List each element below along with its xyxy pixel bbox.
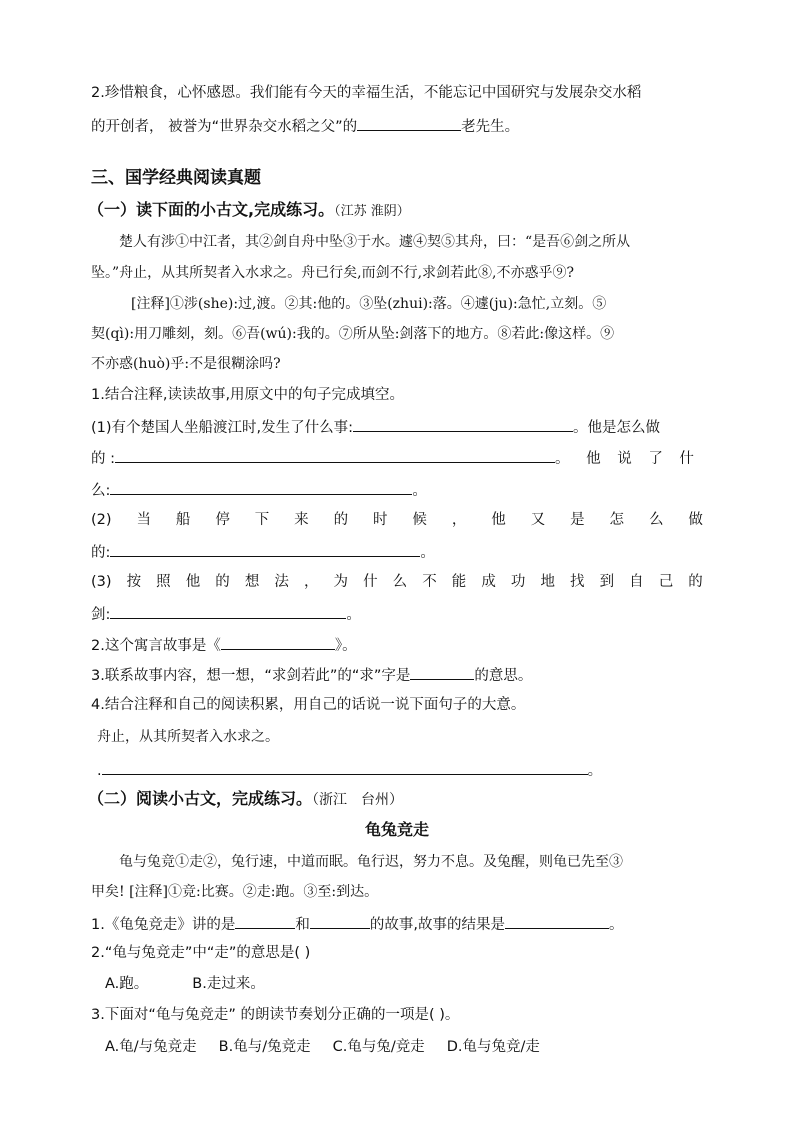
part2-passage-line2: 甲矣! [注释]①竞:比赛。②走:跑。③至:到达。 bbox=[91, 882, 378, 902]
answer-blank[interactable] bbox=[221, 634, 335, 650]
part1-question-1-3-line2: 剑:。 bbox=[91, 603, 361, 625]
part1-question-1-1-line2: 的 :。 他 说 了 什 bbox=[91, 447, 700, 469]
q1-1-suffix: 。他是怎么做 bbox=[573, 420, 660, 436]
q1-2-l2-suffix: 。 bbox=[420, 545, 435, 561]
section-title: 三、国学经典阅读真题 bbox=[91, 168, 261, 188]
char: 的 bbox=[688, 572, 703, 592]
char: 地 bbox=[540, 572, 555, 592]
char: 什 bbox=[363, 572, 378, 592]
char: 怎 bbox=[610, 510, 625, 530]
char: 候 bbox=[412, 510, 427, 530]
answer-blank[interactable] bbox=[102, 759, 588, 775]
part1-question-4-sentence: 舟止，从其所契者入水求之。 bbox=[97, 727, 279, 747]
p2-q1-suffix: 。 bbox=[609, 917, 624, 933]
char: 时 bbox=[373, 510, 388, 530]
passage-line2: 坠。”舟止，从其所契者入水求之。舟已行矣,而剑不行,求剑若此⑧,不亦惑乎⑨? bbox=[91, 263, 574, 283]
char: 能 bbox=[452, 572, 467, 592]
question-2-text: 的开创者， 被誉为“世界杂交水稻之父”的 bbox=[91, 119, 357, 135]
part2-question-3: 3.下面对“龟与兔竞走” 的朗读节奏划分正确的一项是( )。 bbox=[91, 1005, 459, 1025]
question-2-line2: 的开创者， 被誉为“世界杂交水稻之父”的老先生。 bbox=[91, 115, 519, 137]
q4-answer-suffix: 。 bbox=[588, 763, 603, 779]
char: 他 bbox=[186, 572, 201, 592]
char: 他 bbox=[491, 510, 506, 530]
q1-1-l2-suffix: 。 他 说 了 什 bbox=[555, 451, 700, 467]
q1-1-l3-suffix: 。 bbox=[412, 483, 427, 499]
answer-blank[interactable] bbox=[310, 913, 370, 929]
char: 又 bbox=[531, 510, 546, 530]
part2-passage-line1: 龟与兔竞①走②，兔行速，中道而眠。龟行迟，努力不息。及兔醒，则龟已先至③ bbox=[119, 852, 623, 872]
part1-question-4-answer: .。 bbox=[97, 759, 602, 781]
part2-title: 龟兔竞走 bbox=[0, 820, 794, 840]
notes-line1: [注释]①涉(she):过,渡。②其:他的。③坠(zhui):落。④遽(ju):… bbox=[131, 294, 606, 314]
q3-text: 3.联系故事内容，想一想，“求剑若此”的“求”字是 bbox=[91, 668, 410, 684]
question-2-suffix: 老先生。 bbox=[461, 119, 519, 135]
q2-text: 2.这个寓言故事是《 bbox=[91, 638, 221, 654]
p2-q1-and: 和 bbox=[295, 917, 310, 933]
passage-line1: 楚人有涉①中江者，其②剑自舟中坠③于水。遽④契⑤其舟，曰：“是吾⑥剑之所从 bbox=[119, 232, 630, 252]
part2-question-2-options: A.跑。B.走过来。 bbox=[105, 974, 265, 994]
p2-q1-text: 1.《龟兔竞走》讲的是 bbox=[91, 917, 235, 933]
part1-question-1-2-line2: 的:。 bbox=[91, 541, 435, 563]
char: 为 bbox=[334, 572, 349, 592]
q3-suffix: 的意思。 bbox=[474, 668, 532, 684]
option-c[interactable]: C.龟与兔/竞走 bbox=[333, 1039, 425, 1055]
char: 功 bbox=[511, 572, 526, 592]
part1-heading: （一）读下面的小古文,完成练习。（江苏 淮阴） bbox=[88, 200, 410, 222]
char: 成 bbox=[481, 572, 496, 592]
char: 己 bbox=[659, 572, 674, 592]
part1-heading-text: （一）读下面的小古文,完成练习。 bbox=[88, 200, 334, 219]
char: 到 bbox=[600, 572, 615, 592]
answer-blank[interactable] bbox=[357, 115, 461, 131]
answer-blank[interactable] bbox=[410, 664, 474, 680]
char: 是 bbox=[570, 510, 585, 530]
char: 的 bbox=[334, 510, 349, 530]
answer-blank[interactable] bbox=[110, 479, 412, 495]
notes-line2: 契(qì):用刀雕刻，刻。⑥吾(wú):我的。⑦所从坠:剑落下的地方。⑧若此:像… bbox=[91, 324, 614, 344]
char: 照 bbox=[156, 572, 171, 592]
char: 按 bbox=[127, 572, 142, 592]
part1-question-4: 4.结合注释和自己的阅读积累，用自己的话说一说下面句子的大意。 bbox=[91, 695, 525, 715]
char: 做 bbox=[688, 510, 703, 530]
q1-1-l3-text: 么: bbox=[91, 483, 110, 499]
part1-question-1: 1.结合注释,读读故事,用原文中的句子完成填空。 bbox=[91, 385, 404, 405]
answer-blank[interactable] bbox=[353, 416, 573, 432]
char: 当 bbox=[136, 510, 151, 530]
char: 不 bbox=[422, 572, 437, 592]
char: 么 bbox=[393, 572, 408, 592]
answer-blank[interactable] bbox=[110, 541, 420, 557]
char: 来 bbox=[294, 510, 309, 530]
answer-blank[interactable] bbox=[110, 603, 346, 619]
answer-blank[interactable] bbox=[115, 447, 555, 463]
part1-question-1-1: (1)有个楚国人坐船渡江时,发生了什么事:。他是怎么做 bbox=[91, 416, 660, 438]
part1-question-1-1-line3: 么:。 bbox=[91, 479, 427, 501]
part1-question-3: 3.联系故事内容，想一想，“求剑若此”的“求”字是的意思。 bbox=[91, 664, 532, 686]
q1-2-l2-text: 的: bbox=[91, 545, 110, 561]
part2-question-3-options: A.龟/与兔竞走B.龟与/兔竞走C.龟与兔/竞走D.龟与兔竞/走 bbox=[105, 1037, 540, 1057]
question-2-line1: 2.珍惜粮食，心怀感恩。我们能有今天的幸福生活，不能忘记中国研究与发展杂交水稻 bbox=[91, 83, 641, 103]
q2-suffix: 》。 bbox=[335, 638, 357, 654]
p2-q1-text2: 的故事,故事的结果是 bbox=[370, 917, 505, 933]
char: ， bbox=[304, 572, 319, 592]
q1-1-l2-text: 的 : bbox=[91, 451, 115, 467]
char: (2) bbox=[91, 510, 112, 530]
char: (3) bbox=[91, 572, 112, 592]
option-b[interactable]: B.龟与/兔竞走 bbox=[219, 1039, 311, 1055]
char: 找 bbox=[570, 572, 585, 592]
part2-source: （浙江 台州） bbox=[312, 792, 403, 808]
q1-1-text: (1)有个楚国人坐船渡江时,发生了什么事: bbox=[91, 420, 353, 436]
part2-heading-text: （二）阅读小古文，完成练习。 bbox=[88, 789, 312, 808]
option-d[interactable]: D.龟与兔竞/走 bbox=[447, 1039, 540, 1055]
char: 下 bbox=[255, 510, 270, 530]
option-a[interactable]: A.龟/与兔竞走 bbox=[105, 1039, 197, 1055]
char: 的 bbox=[215, 572, 230, 592]
char: 法 bbox=[274, 572, 289, 592]
q1-3-l2-suffix: 。 bbox=[346, 607, 361, 623]
notes-line3: 不亦惑(huò)乎:不是很糊涂吗? bbox=[91, 354, 281, 374]
part2-question-2: 2.“龟与兔竞走”中“走”的意思是( ) bbox=[91, 943, 310, 963]
char: 想 bbox=[245, 572, 260, 592]
answer-blank[interactable] bbox=[505, 913, 609, 929]
char: 么 bbox=[649, 510, 664, 530]
q1-3-l2-text: 剑: bbox=[91, 607, 110, 623]
part1-question-1-3: (3)按照他的想法，为什么不能成功地找到自己的 bbox=[91, 572, 703, 592]
part2-heading: （二）阅读小古文，完成练习。（浙江 台州） bbox=[88, 789, 403, 810]
char: 船 bbox=[176, 510, 191, 530]
part1-question-1-2: (2)当船停下来的时候，他又是怎么做 bbox=[91, 510, 703, 530]
option-b[interactable]: B.走过来。 bbox=[192, 976, 265, 992]
part1-question-2: 2.这个寓言故事是《》。 bbox=[91, 634, 357, 656]
answer-blank[interactable] bbox=[235, 913, 295, 929]
char: 自 bbox=[629, 572, 644, 592]
part1-source: （江苏 淮阴） bbox=[334, 204, 410, 219]
option-a[interactable]: A.跑。 bbox=[105, 976, 148, 992]
char: ， bbox=[452, 510, 467, 530]
part2-question-1: 1.《龟兔竞走》讲的是和的故事,故事的结果是。 bbox=[91, 913, 623, 935]
char: 停 bbox=[215, 510, 230, 530]
